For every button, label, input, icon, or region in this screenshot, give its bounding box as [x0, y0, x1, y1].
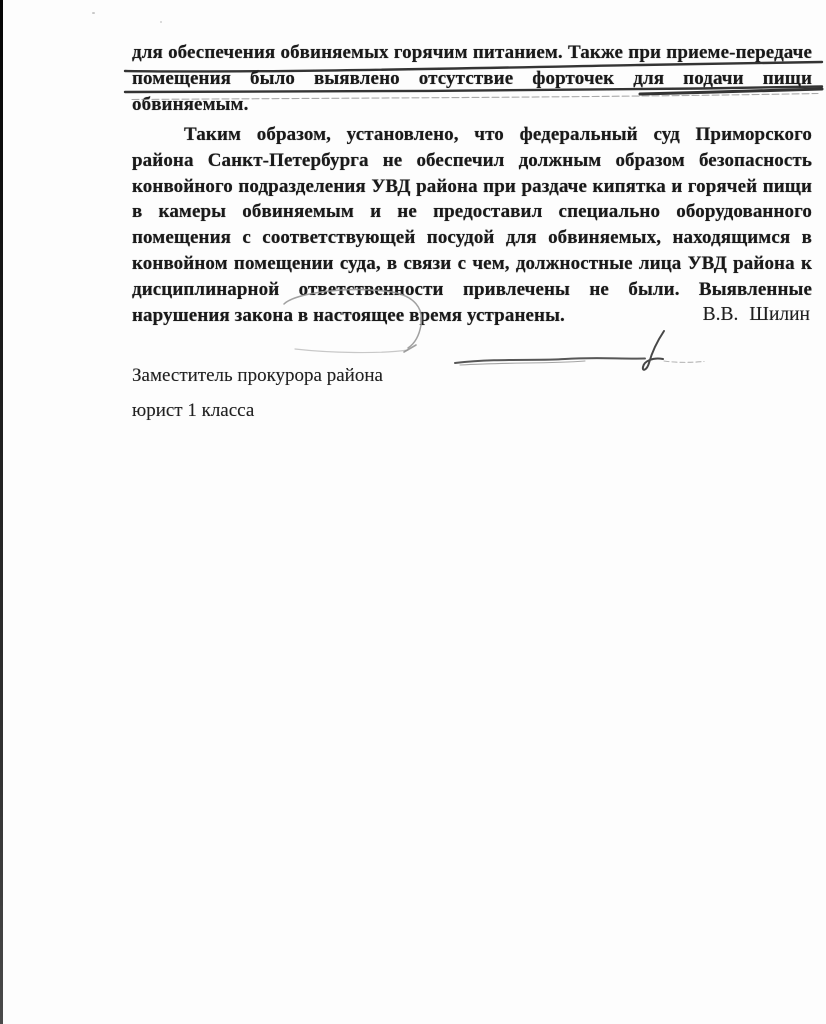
body-paragraph: Таким образом, установлено, что федераль…	[132, 122, 812, 328]
scan-speck	[92, 12, 95, 14]
document-content: для обеспечения обвиняемых горячим питан…	[132, 40, 812, 428]
underlined-text-line-2: помещения было выявлено отсутствие форто…	[132, 66, 812, 118]
signer-name: В.В. Шилин	[703, 304, 810, 326]
scan-speck	[160, 21, 162, 23]
scanned-document-page: для обеспечения обвиняемых горячим питан…	[0, 0, 826, 1024]
signer-title-line-2: юрист 1 класса	[132, 393, 812, 428]
signature-block: Заместитель прокурора района юрист 1 кла…	[132, 358, 812, 428]
signer-title-line-1: Заместитель прокурора района	[132, 358, 812, 393]
underlined-text-line-1: для обеспечения обвиняемых горячим питан…	[132, 40, 812, 66]
scan-edge-artifact	[0, 0, 3, 1024]
